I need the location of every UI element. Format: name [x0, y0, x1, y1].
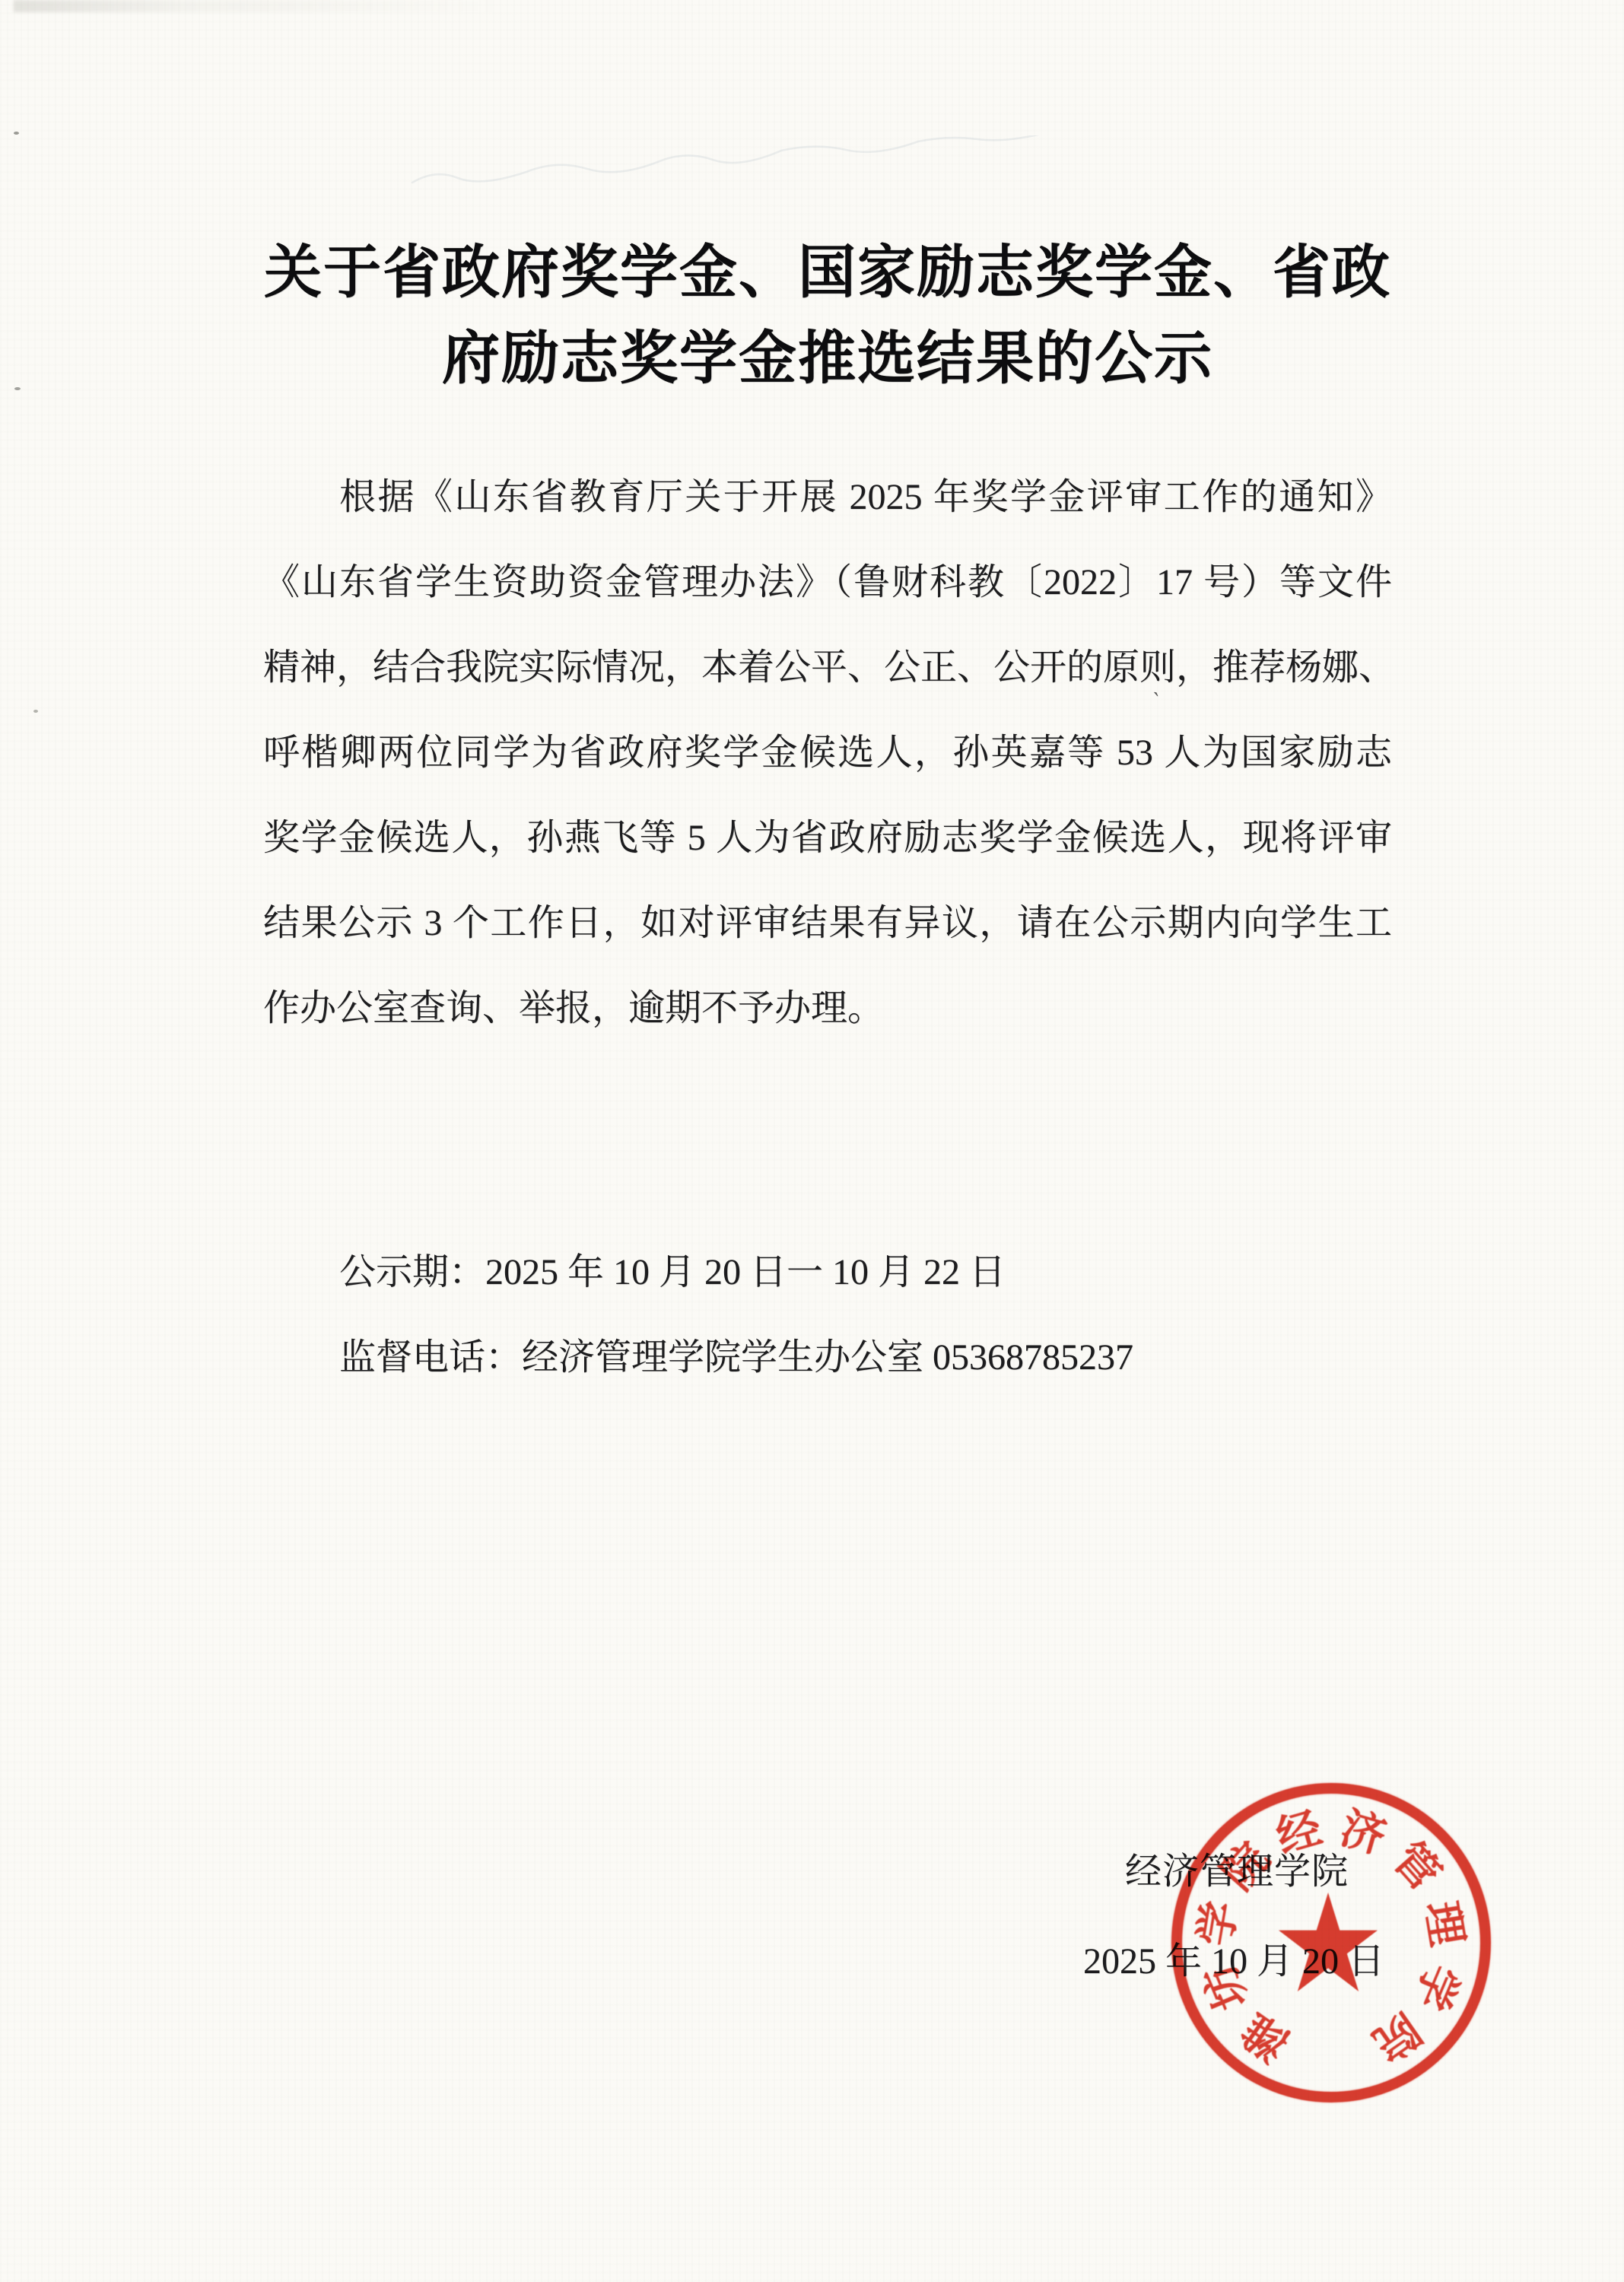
body-line: 《山东省学生资助资金管理办法》（鲁财科教〔2022〕17 号）等文件 [263, 540, 1392, 625]
body-line: 根据《山东省教育厅关于开展 2025 年奖学金评审工作的通知》 [263, 455, 1392, 540]
title-line-1: 关于省政府奖学金、国家励志奖学金、省政 [263, 230, 1392, 316]
body-line: 精神，结合我院实际情况，本着公平、公正、公开的原则，推荐杨娜、 [263, 625, 1392, 710]
scanned-notice-page: { "title": { "line1": "关于省政府奖学金、国家励志奖学金、… [0, 0, 1624, 2282]
title-line-2: 府励志奖学金推选结果的公示 [263, 316, 1392, 402]
faint-bleedthrough-scribble [411, 135, 1567, 189]
body-line: 作办公室查询、举报，逾期不予办理。 [263, 966, 1392, 1051]
seal-char: 理 [1416, 1896, 1472, 1953]
seal-char: 学 [1190, 1896, 1247, 1953]
official-seal: 潍坊学院经济管理学院 [1171, 1783, 1491, 2102]
body-line: 奖学金候选人，孙燕飞等 5 人为省政府励志奖学金候选人，现将评审 [263, 796, 1392, 881]
scan-speck [14, 387, 21, 390]
supervision-phone-line: 监督电话：经济管理学院学生办公室 05368785237 [339, 1327, 1133, 1380]
scan-speck [33, 710, 38, 713]
scan-speck [14, 132, 19, 135]
scan-edge-smudge [14, 0, 501, 12]
document-title: 关于省政府奖学金、国家励志奖学金、省政 府励志奖学金推选结果的公示 [263, 230, 1392, 402]
document-body: 根据《山东省教育厅关于开展 2025 年奖学金评审工作的通知》 《山东省学生资助… [263, 455, 1392, 1051]
body-line: 呼楷卿两位同学为省政府奖学金候选人，孙英嘉等 53 人为国家励志 [263, 710, 1392, 796]
body-line: 结果公示 3 个工作日，如对评审结果有异议，请在公示期内向学生工 [263, 881, 1392, 966]
publicity-period-line: 公示期：2025 年 10 月 20 日一 10 月 22 日 [339, 1242, 1006, 1295]
